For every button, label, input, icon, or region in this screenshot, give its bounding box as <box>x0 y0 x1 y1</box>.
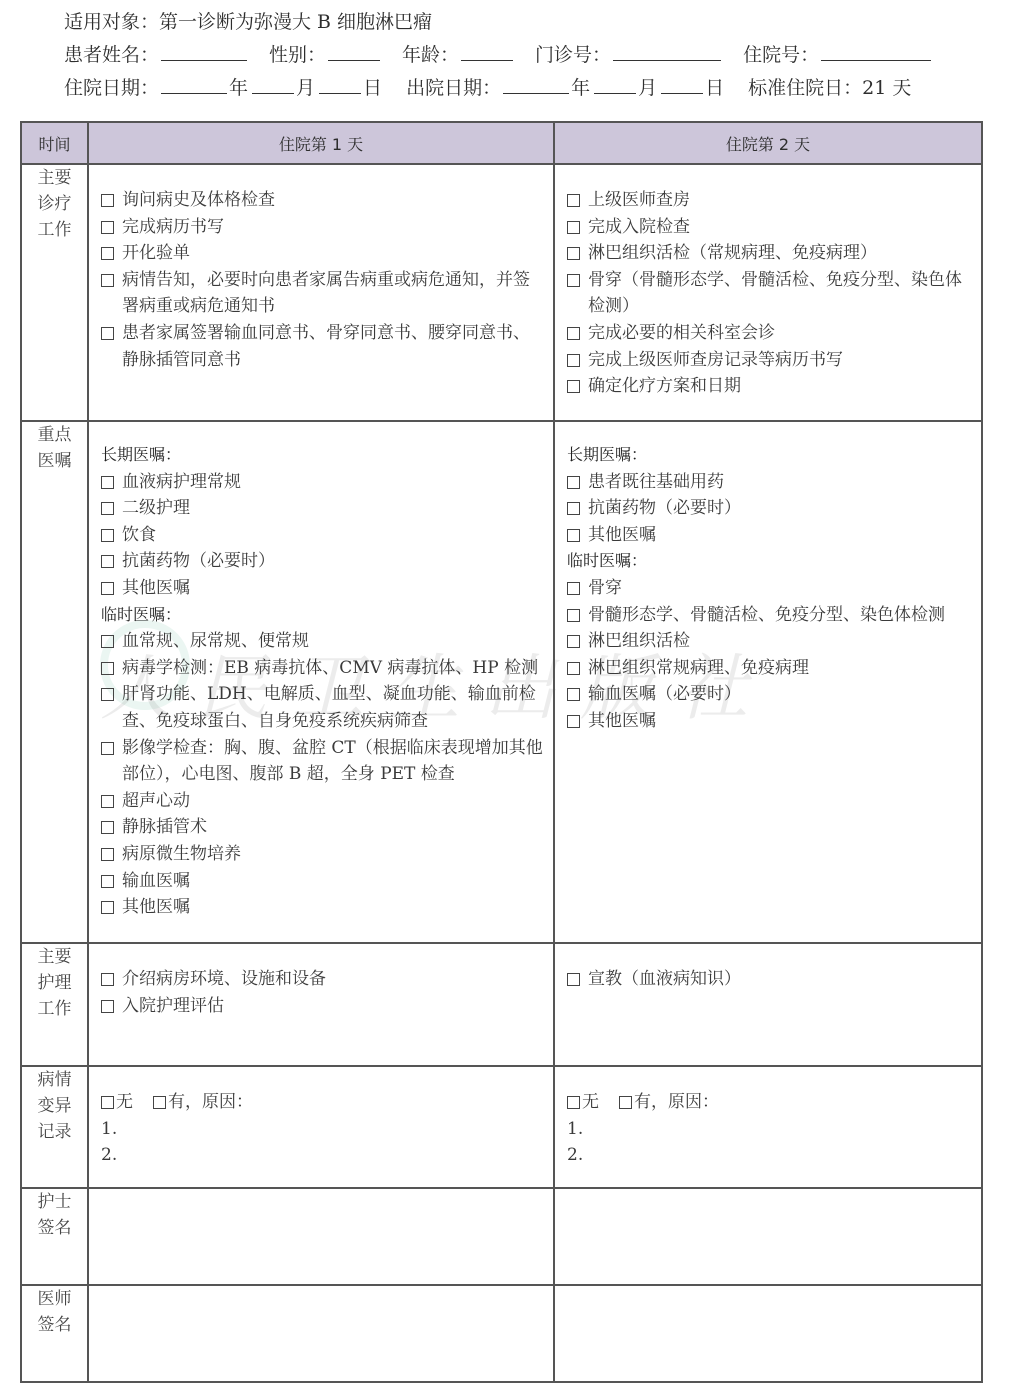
checklist-item[interactable]: 输血医嘱（必要时） <box>567 681 971 708</box>
temporary-orders-heading: 临时医嘱： <box>567 548 971 575</box>
checkbox[interactable] <box>101 327 114 340</box>
checklist-item[interactable]: 开化验单 <box>101 240 543 267</box>
checklist-item-text: 完成上级医师查房记录等病历书写 <box>588 347 971 374</box>
form-header: 适用对象：第一诊断为弥漫大 B 细胞淋巴瘤 患者姓名：性别：年龄：门诊号：住院号… <box>64 6 953 105</box>
checkbox[interactable] <box>567 476 580 489</box>
variance-none-label: 无 <box>582 1089 599 1116</box>
checkbox[interactable] <box>101 635 114 648</box>
patient-field[interactable]: 患者姓名： <box>64 39 247 72</box>
checkbox[interactable] <box>101 247 114 260</box>
month-unit: 月 <box>638 72 657 105</box>
row-label: 重点医嘱 <box>21 421 88 943</box>
patient-field-label: 性别： <box>269 39 326 72</box>
row-label: 主要诊疗工作 <box>21 164 88 421</box>
checkbox[interactable] <box>101 274 114 287</box>
discharge-month-blank[interactable] <box>594 74 636 94</box>
patient-field-blank[interactable] <box>461 41 513 61</box>
row-label-line: 记录 <box>28 1119 81 1145</box>
dates-line: 住院日期： 年 月 日 出院日期： 年 月 日 标准住院日：21 天 <box>64 72 953 105</box>
checkbox[interactable] <box>101 476 114 489</box>
column-header-day2: 住院第 2 天 <box>554 122 982 164</box>
applicable-text: 适用对象：第一诊断为弥漫大 B 细胞淋巴瘤 <box>64 6 432 39</box>
patient-field-blank[interactable] <box>821 41 931 61</box>
row-label-line: 诊疗 <box>28 191 81 217</box>
column-header-time: 时间 <box>21 122 88 164</box>
admit-day-blank[interactable] <box>319 74 361 94</box>
admit-date-field[interactable]: 住院日期： 年 月 日 <box>64 72 384 105</box>
admit-date-label: 住院日期： <box>64 72 159 105</box>
variance-line-2[interactable]: 2. <box>101 1142 543 1169</box>
checklist-item[interactable]: 输血医嘱 <box>101 868 543 895</box>
checklist-item[interactable]: 完成病历书写 <box>101 214 543 241</box>
checklist-item[interactable]: 骨髓形态学、骨髓活检、免疫分型、染色体检测 <box>567 602 971 629</box>
checklist-item-text: 抗菌药物（必要时） <box>122 548 543 575</box>
day1-nursing-cell: 介绍病房环境、设施和设备入院护理评估 <box>88 943 554 1066</box>
applicable-line: 适用对象：第一诊断为弥漫大 B 细胞淋巴瘤 <box>64 6 953 39</box>
checklist-item-text: 静脉插管术 <box>122 814 543 841</box>
checklist-item-text: 肝肾功能、LDH、电解质、血型、凝血功能、输血前检查、免疫球蛋白、自身免疫系统疾… <box>122 681 543 734</box>
day1-nurse-signature-field[interactable] <box>88 1188 554 1285</box>
checkbox[interactable] <box>101 875 114 888</box>
checkbox[interactable] <box>101 973 114 986</box>
discharge-date-label: 出院日期： <box>406 72 501 105</box>
clinical-pathway-table: 时间 住院第 1 天 住院第 2 天 主要诊疗工作 询问病史及体格检查完成病历书… <box>20 121 983 1383</box>
checklist-item[interactable]: 确定化疗方案和日期 <box>567 373 971 400</box>
long-term-orders-heading: 长期医嘱： <box>567 442 971 469</box>
variance-line-2[interactable]: 2. <box>567 1142 971 1169</box>
row-main-nursing-work: 主要护理工作 介绍病房环境、设施和设备入院护理评估 宣教（血液病知识） <box>21 943 982 1066</box>
checklist-item[interactable]: 其他医嘱 <box>101 575 543 602</box>
checklist-item-text: 患者家属签署输血同意书、骨穿同意书、腰穿同意书、静脉插管同意书 <box>122 320 543 373</box>
row-label: 护士签名 <box>21 1188 88 1285</box>
checklist-item-text: 其他医嘱 <box>588 708 971 735</box>
checklist-item[interactable]: 病毒学检测：EB 病毒抗体、CMV 病毒抗体、HP 检测 <box>101 655 543 682</box>
checkbox[interactable] <box>567 502 580 515</box>
checkbox[interactable] <box>567 247 580 260</box>
checklist-item[interactable]: 二级护理 <box>101 495 543 522</box>
checkbox[interactable] <box>567 380 580 393</box>
row-label-line: 护士 <box>28 1189 81 1215</box>
checklist-item-text: 完成病历书写 <box>122 214 543 241</box>
checklist-item[interactable]: 其他医嘱 <box>567 708 971 735</box>
checkbox[interactable] <box>567 635 580 648</box>
variance-line-1[interactable]: 1. <box>567 1116 971 1143</box>
checklist-item-text: 输血医嘱（必要时） <box>588 681 971 708</box>
year-unit: 年 <box>571 72 590 105</box>
day1-variance-cell: 无 有，原因： 1. 2. <box>88 1066 554 1188</box>
checklist-item[interactable]: 淋巴组织活检（常规病理、免疫病理） <box>567 240 971 267</box>
checklist-item[interactable]: 血常规、尿常规、便常规 <box>101 628 543 655</box>
day1-doctor-signature-field[interactable] <box>88 1285 554 1382</box>
checklist-item-text: 病情告知，必要时向患者家属告病重或病危通知，并签署病重或病危通知书 <box>122 267 543 320</box>
checklist-item-text: 骨穿（骨髓形态学、骨髓活检、免疫分型、染色体检测） <box>588 267 971 320</box>
checklist-item[interactable]: 完成必要的相关科室会诊 <box>567 320 971 347</box>
day-unit: 日 <box>705 72 724 105</box>
checklist-item-text: 淋巴组织活检（常规病理、免疫病理） <box>588 240 971 267</box>
patient-field-label: 门诊号： <box>535 39 611 72</box>
column-header-day1: 住院第 1 天 <box>88 122 554 164</box>
variance-yes-checkbox[interactable] <box>619 1096 632 1109</box>
row-nurse-signature: 护士签名 <box>21 1188 982 1285</box>
checklist-item[interactable]: 骨穿（骨髓形态学、骨髓活检、免疫分型、染色体检测） <box>567 267 971 320</box>
row-label-line: 病情 <box>28 1067 81 1093</box>
admit-year-blank[interactable] <box>161 74 227 94</box>
checklist-item[interactable]: 影像学检查：胸、腹、盆腔 CT（根据临床表现增加其他部位），心电图、腹部 B 超… <box>101 735 543 788</box>
checkbox[interactable] <box>567 194 580 207</box>
discharge-day-blank[interactable] <box>661 74 703 94</box>
day2-nursing-cell: 宣教（血液病知识） <box>554 943 982 1066</box>
variance-line-1[interactable]: 1. <box>101 1116 543 1143</box>
day2-diagnosis-cell: 上级医师查房完成入院检查淋巴组织活检（常规病理、免疫病理）骨穿（骨髓形态学、骨髓… <box>554 164 982 421</box>
checklist-item-text: 其他医嘱 <box>122 575 543 602</box>
admit-month-blank[interactable] <box>252 74 294 94</box>
checkbox[interactable] <box>101 502 114 515</box>
checklist-item-text: 完成入院检查 <box>588 214 971 241</box>
checklist-item-text: 血液病护理常规 <box>122 469 543 496</box>
row-label-line: 签名 <box>28 1215 81 1241</box>
checkbox[interactable] <box>101 848 114 861</box>
patient-field[interactable]: 年龄： <box>402 39 513 72</box>
long-term-orders-heading: 长期医嘱： <box>101 442 543 469</box>
row-label-line: 变异 <box>28 1093 81 1119</box>
row-label: 病情变异记录 <box>21 1066 88 1188</box>
checklist-item-text: 病原微生物培养 <box>122 841 543 868</box>
checklist-item[interactable]: 其他医嘱 <box>101 894 543 921</box>
patient-field-label: 患者姓名： <box>64 39 159 72</box>
checklist-item[interactable]: 静脉插管术 <box>101 814 543 841</box>
checklist-item-text: 询问病史及体格检查 <box>122 187 543 214</box>
variance-none-label: 无 <box>116 1089 133 1116</box>
row-key-orders: 重点医嘱 长期医嘱： 血液病护理常规二级护理饮食抗菌药物（必要时）其他医嘱 临时… <box>21 421 982 943</box>
row-label-line: 主要 <box>28 944 81 970</box>
day1-diagnosis-cell: 询问病史及体格检查完成病历书写开化验单病情告知，必要时向患者家属告病重或病危通知… <box>88 164 554 421</box>
row-label-line: 医师 <box>28 1286 81 1312</box>
patient-field[interactable]: 性别： <box>269 39 380 72</box>
variance-yes-checkbox[interactable] <box>153 1096 166 1109</box>
checkbox[interactable] <box>101 821 114 834</box>
checklist-item[interactable]: 宣教（血液病知识） <box>567 966 971 993</box>
checklist-item[interactable]: 骨穿 <box>567 575 971 602</box>
row-doctor-signature: 医师签名 <box>21 1285 982 1382</box>
checkbox[interactable] <box>101 555 114 568</box>
checklist-item-text: 完成必要的相关科室会诊 <box>588 320 971 347</box>
checkbox[interactable] <box>101 901 114 914</box>
discharge-year-blank[interactable] <box>503 74 569 94</box>
checklist-item[interactable]: 饮食 <box>101 522 543 549</box>
checkbox[interactable] <box>567 662 580 675</box>
checklist-item[interactable]: 血液病护理常规 <box>101 469 543 496</box>
checklist-item[interactable]: 询问病史及体格检查 <box>101 187 543 214</box>
patient-field-blank[interactable] <box>328 41 380 61</box>
checklist-item-text: 超声心动 <box>122 788 543 815</box>
checkbox[interactable] <box>567 327 580 340</box>
checklist-item-text: 血常规、尿常规、便常规 <box>122 628 543 655</box>
checklist-item[interactable]: 淋巴组织常规病理、免疫病理 <box>567 655 971 682</box>
checklist-item-text: 介绍病房环境、设施和设备 <box>122 966 543 993</box>
checklist-item-text: 二级护理 <box>122 495 543 522</box>
checkbox[interactable] <box>567 973 580 986</box>
day2-doctor-signature-field[interactable] <box>554 1285 982 1382</box>
checklist-item[interactable]: 病原微生物培养 <box>101 841 543 868</box>
checkbox[interactable] <box>567 609 580 622</box>
checklist-item-text: 开化验单 <box>122 240 543 267</box>
variance-yes-label: 有，原因： <box>634 1089 719 1116</box>
checklist-item-text: 入院护理评估 <box>122 993 543 1020</box>
checklist-item-text: 影像学检查：胸、腹、盆腔 CT（根据临床表现增加其他部位），心电图、腹部 B 超… <box>122 735 543 788</box>
checklist-item[interactable]: 病情告知，必要时向患者家属告病重或病危通知，并签署病重或病危通知书 <box>101 267 543 320</box>
variance-yes-label: 有，原因： <box>168 1089 253 1116</box>
checkbox[interactable] <box>567 688 580 701</box>
day2-nurse-signature-field[interactable] <box>554 1188 982 1285</box>
variance-none-checkbox[interactable] <box>101 1096 114 1109</box>
row-label-line: 工作 <box>28 996 81 1022</box>
month-unit: 月 <box>296 72 315 105</box>
checklist-item-text: 其他医嘱 <box>588 522 971 549</box>
row-label-line: 护理 <box>28 970 81 996</box>
checklist-item[interactable]: 抗菌药物（必要时） <box>101 548 543 575</box>
standard-stay: 标准住院日：21 天 <box>748 72 911 105</box>
checklist-item[interactable]: 超声心动 <box>101 788 543 815</box>
checkbox[interactable] <box>101 529 114 542</box>
checkbox[interactable] <box>567 582 580 595</box>
patient-field[interactable]: 住院号： <box>743 39 931 72</box>
checklist-item[interactable]: 其他医嘱 <box>567 522 971 549</box>
table-header-row: 时间 住院第 1 天 住院第 2 天 <box>21 122 982 164</box>
row-label: 医师签名 <box>21 1285 88 1382</box>
checkbox[interactable] <box>101 221 114 234</box>
row-label-line: 重点 <box>28 422 81 448</box>
checklist-item-text: 病毒学检测：EB 病毒抗体、CMV 病毒抗体、HP 检测 <box>122 655 543 682</box>
checklist-item-text: 饮食 <box>122 522 543 549</box>
checklist-item-text: 患者既往基础用药 <box>588 469 971 496</box>
checkbox[interactable] <box>101 742 114 755</box>
discharge-date-field[interactable]: 出院日期： 年 月 日 <box>406 72 726 105</box>
checklist-item[interactable]: 上级医师查房 <box>567 187 971 214</box>
checklist-item-text: 骨髓形态学、骨髓活检、免疫分型、染色体检测 <box>588 602 971 629</box>
checklist-item[interactable]: 抗菌药物（必要时） <box>567 495 971 522</box>
checklist-item[interactable]: 淋巴组织活检 <box>567 628 971 655</box>
checklist-item[interactable]: 患者家属签署输血同意书、骨穿同意书、腰穿同意书、静脉插管同意书 <box>101 320 543 373</box>
row-variance-record: 病情变异记录 无 有，原因： 1. 2. 无 有，原因： 1 <box>21 1066 982 1188</box>
row-main-diagnosis-work: 主要诊疗工作 询问病史及体格检查完成病历书写开化验单病情告知，必要时向患者家属告… <box>21 164 982 421</box>
checklist-item[interactable]: 患者既往基础用药 <box>567 469 971 496</box>
day2-orders-cell: 长期医嘱： 患者既往基础用药抗菌药物（必要时）其他医嘱 临时医嘱： 骨穿骨髓形态… <box>554 421 982 943</box>
checklist-item-text: 宣教（血液病知识） <box>588 966 971 993</box>
patient-field-label: 年龄： <box>402 39 459 72</box>
row-label: 主要护理工作 <box>21 943 88 1066</box>
checkbox[interactable] <box>567 354 580 367</box>
row-label-line: 工作 <box>28 217 81 243</box>
checklist-item-text: 抗菌药物（必要时） <box>588 495 971 522</box>
checkbox[interactable] <box>567 274 580 287</box>
row-label-line: 医嘱 <box>28 448 81 474</box>
patient-field-label: 住院号： <box>743 39 819 72</box>
checklist-item-text: 输血医嘱 <box>122 868 543 895</box>
checkbox[interactable] <box>567 529 580 542</box>
year-unit: 年 <box>229 72 248 105</box>
row-label-line: 主要 <box>28 165 81 191</box>
checkbox[interactable] <box>101 582 114 595</box>
checklist-item-text: 骨穿 <box>588 575 971 602</box>
temporary-orders-heading: 临时医嘱： <box>101 602 543 629</box>
checklist-item-text: 其他医嘱 <box>122 894 543 921</box>
variance-none-checkbox[interactable] <box>567 1096 580 1109</box>
checkbox[interactable] <box>567 221 580 234</box>
checkbox[interactable] <box>567 715 580 728</box>
checkbox[interactable] <box>101 688 114 701</box>
checkbox[interactable] <box>101 662 114 675</box>
checklist-item[interactable]: 完成入院检查 <box>567 214 971 241</box>
checklist-item-text: 淋巴组织活检 <box>588 628 971 655</box>
checklist-item-text: 淋巴组织常规病理、免疫病理 <box>588 655 971 682</box>
patient-field-blank[interactable] <box>161 41 247 61</box>
checklist-item-text: 确定化疗方案和日期 <box>588 373 971 400</box>
day-unit: 日 <box>363 72 382 105</box>
checkbox[interactable] <box>101 1000 114 1013</box>
checkbox[interactable] <box>101 194 114 207</box>
patient-field[interactable]: 门诊号： <box>535 39 721 72</box>
patient-info-line: 患者姓名：性别：年龄：门诊号：住院号： <box>64 39 953 72</box>
patient-field-blank[interactable] <box>613 41 721 61</box>
checklist-item[interactable]: 入院护理评估 <box>101 993 543 1020</box>
checklist-item[interactable]: 肝肾功能、LDH、电解质、血型、凝血功能、输血前检查、免疫球蛋白、自身免疫系统疾… <box>101 681 543 734</box>
day2-variance-cell: 无 有，原因： 1. 2. <box>554 1066 982 1188</box>
checklist-item[interactable]: 完成上级医师查房记录等病历书写 <box>567 347 971 374</box>
row-label-line: 签名 <box>28 1312 81 1338</box>
checklist-item[interactable]: 介绍病房环境、设施和设备 <box>101 966 543 993</box>
checkbox[interactable] <box>101 795 114 808</box>
checklist-item-text: 上级医师查房 <box>588 187 971 214</box>
day1-orders-cell: 长期医嘱： 血液病护理常规二级护理饮食抗菌药物（必要时）其他医嘱 临时医嘱： 血… <box>88 421 554 943</box>
